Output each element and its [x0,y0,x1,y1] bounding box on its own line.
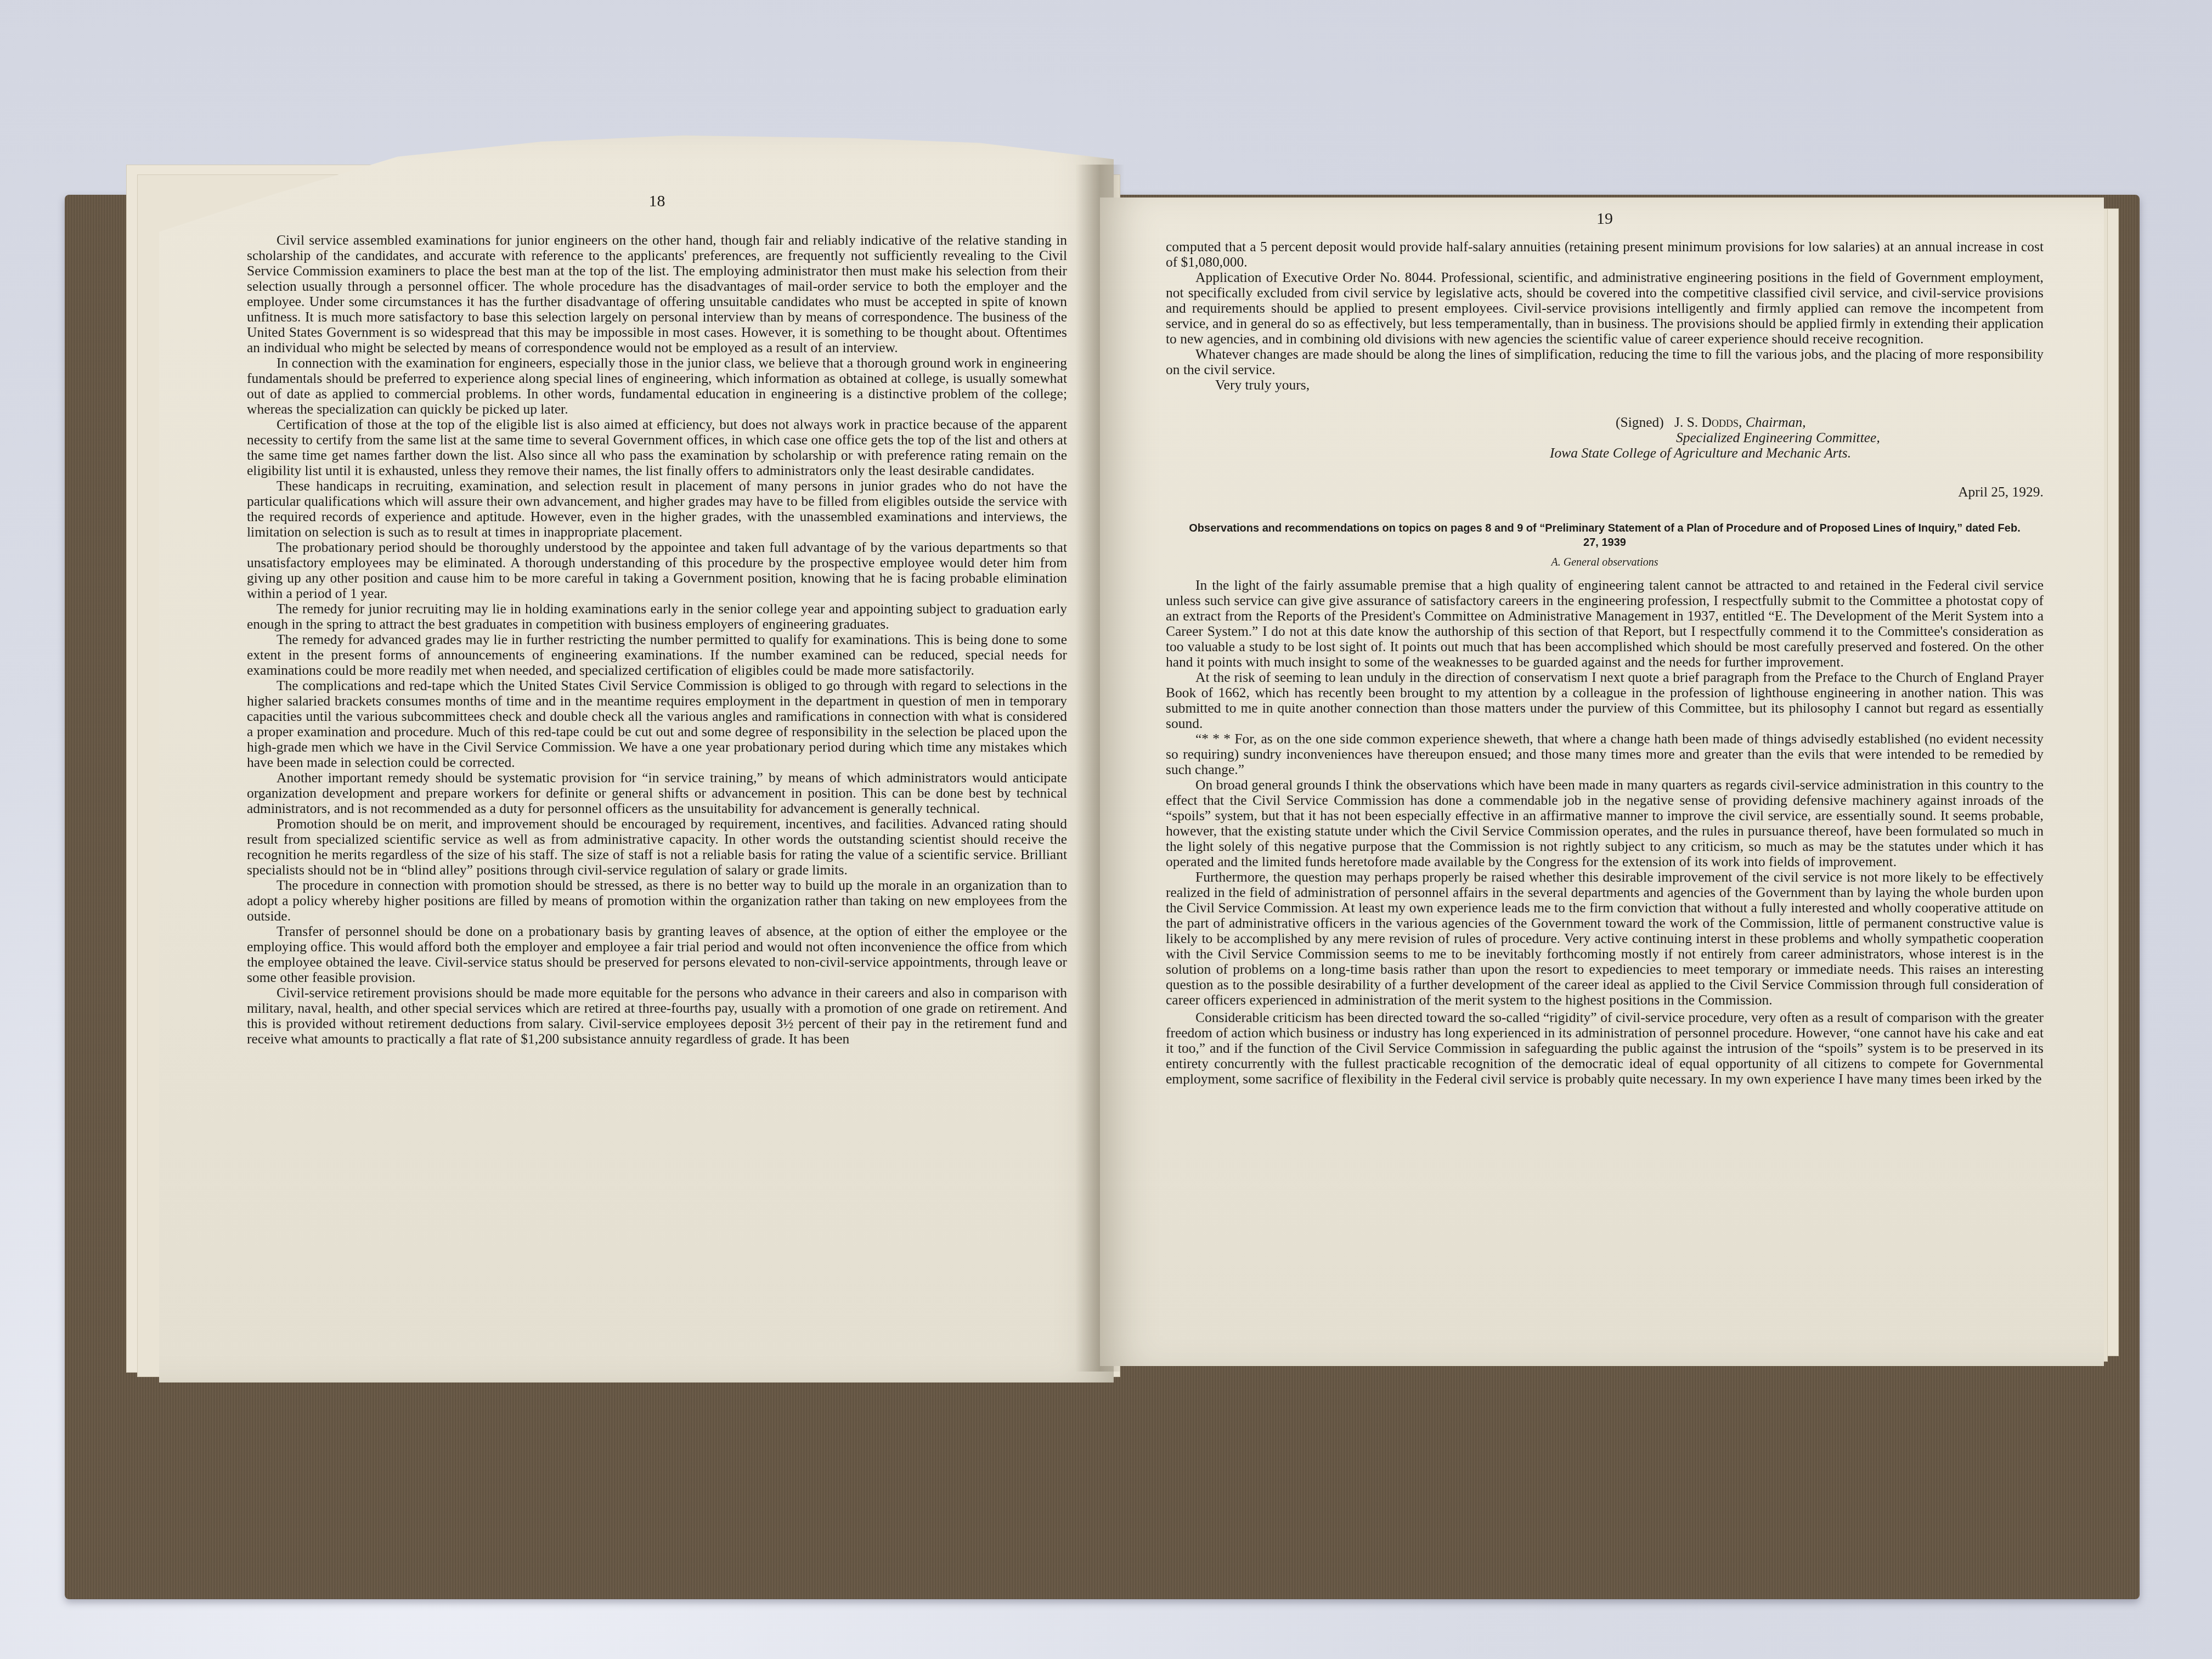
page-number: 18 [247,192,1067,211]
paragraph: Civil-service retirement provisions shou… [247,985,1067,1047]
signer-title: Chairman, [1746,414,1806,430]
paragraph: The probationary period should be thorou… [247,540,1067,601]
continuation-paragraph: computed that a 5 percent deposit would … [1166,239,2044,270]
paragraph: The remedy for junior recruiting may lie… [247,601,1067,632]
letter-closing: Very truly yours, [1166,377,2044,393]
right-page: 19 computed that a 5 percent deposit wou… [1100,198,2104,1366]
paragraph: These handicaps in recruiting, examinati… [247,478,1067,540]
paragraph: Whatever changes are made should be alon… [1166,347,2044,377]
paragraph: In the light of the fairly assumable pre… [1166,578,2044,670]
paragraph: In connection with the examination for e… [247,356,1067,417]
paragraph: The remedy for advanced grades may lie i… [247,632,1067,678]
signer-institution: Iowa State College of Agriculture and Me… [1550,445,1851,461]
paragraph: Application of Executive Order No. 8044.… [1166,270,2044,347]
paragraph: The complications and red-tape which the… [247,678,1067,770]
page-number: 19 [1166,210,2044,228]
left-page: 18 Civil service assembled examinations … [159,132,1114,1383]
paragraph: Another important remedy should be syste… [247,770,1067,816]
paragraph: The procedure in connection with promoti… [247,878,1067,924]
signed-label: (Signed) [1616,414,1664,430]
paragraph: Promotion should be on merit, and improv… [247,816,1067,878]
paragraph: Considerable criticism has been directed… [1166,1010,2044,1087]
paragraph: At the risk of seeming to lean unduly in… [1166,670,2044,731]
signature-block: (Signed) J. S. Dodds, Chairman, Speciali… [1616,415,2044,461]
paragraph: Certification of those at the top of the… [247,417,1067,478]
signer-name: J. S. Dodds, [1674,414,1742,430]
section-heading: Observations and recommendations on topi… [1166,521,2044,550]
signer-committee: Specialized Engineering Committee, [1676,430,1880,445]
subsection-heading: A. General observations [1166,556,2044,569]
paragraph: Transfer of personnel should be done on … [247,924,1067,985]
letter-date: April 25, 1929. [1166,484,2044,500]
quoted-paragraph: “* * * For, as on the one side common ex… [1166,731,2044,777]
paragraph: Furthermore, the question may perhaps pr… [1166,870,2044,1008]
paragraph: Civil service assembled examinations for… [247,233,1067,356]
paragraph: On broad general grounds I think the obs… [1166,777,2044,870]
